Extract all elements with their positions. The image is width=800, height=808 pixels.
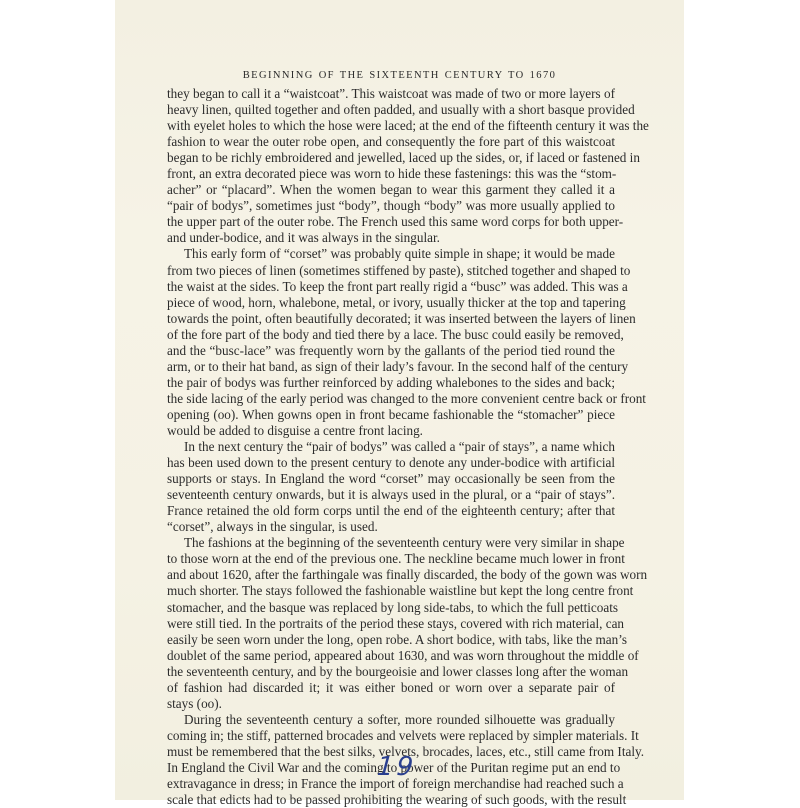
text-line: coming in; the stiff, patterned brocades… — [167, 728, 615, 744]
text-line: arm, or to their hat band, as sign of th… — [167, 359, 615, 375]
text-line: “pair of bodys”, sometimes just “body”, … — [167, 198, 615, 214]
text-line: heavy linen, quilted together and often … — [167, 102, 615, 118]
text-line: During the seventeenth century a softer,… — [167, 712, 615, 728]
text-line: and the “busc-lace” was frequently worn … — [167, 343, 615, 359]
body-text: they began to call it a “waistcoat”. Thi… — [167, 86, 615, 800]
text-line: seventeenth century onwards, but it is a… — [167, 487, 615, 503]
text-line: opening (oo). When gowns open in front b… — [167, 407, 615, 423]
text-line: would be added to disguise a centre fron… — [167, 423, 615, 439]
text-line: of fashion had discarded it; it was eith… — [167, 680, 615, 696]
paragraph-1: they began to call it a “waistcoat”. Thi… — [167, 86, 615, 246]
text-line: The fashions at the beginning of the sev… — [167, 535, 615, 551]
text-line: In the next century the “pair of bodys” … — [167, 439, 615, 455]
text-line: and about 1620, after the farthingale wa… — [167, 567, 615, 583]
running-head: BEGINNING OF THE SIXTEENTH CENTURY TO 16… — [115, 70, 684, 81]
paragraph-2: This early form of “corset” was probably… — [167, 246, 615, 439]
paragraph-4: The fashions at the beginning of the sev… — [167, 535, 615, 712]
text-line: This early form of “corset” was probably… — [167, 246, 615, 262]
text-line: front, an extra decorated piece was worn… — [167, 166, 615, 182]
handwritten-page-number: 19 — [376, 752, 417, 782]
text-line: the upper part of the outer robe. The Fr… — [167, 214, 615, 230]
text-line: the pair of bodys was further reinforced… — [167, 375, 615, 391]
text-line: fashion to wear the outer robe open, and… — [167, 134, 615, 150]
text-line: much shorter. The stays followed the fas… — [167, 583, 615, 599]
text-line: stays (oo). — [167, 696, 615, 712]
text-line: supports or stays. In England the word “… — [167, 471, 615, 487]
text-line: they began to call it a “waistcoat”. Thi… — [167, 86, 615, 102]
paragraph-3: In the next century the “pair of bodys” … — [167, 439, 615, 535]
text-line: scale that edicts had to be passed prohi… — [167, 792, 615, 800]
text-line: to those worn at the end of the previous… — [167, 551, 615, 567]
text-line: with eyelet holes to which the hose were… — [167, 118, 615, 134]
text-line: towards the point, often beautifully dec… — [167, 311, 615, 327]
text-line: and under-bodice, and it was always in t… — [167, 230, 615, 246]
text-line: were still tied. In the portraits of the… — [167, 616, 615, 632]
text-line: has been used down to the present centur… — [167, 455, 615, 471]
text-line: the side lacing of the early period was … — [167, 391, 615, 407]
text-line: began to be richly embroidered and jewel… — [167, 150, 615, 166]
text-line: the seventeenth century, and by the bour… — [167, 664, 615, 680]
text-line: of the fore part of the body and tied th… — [167, 327, 615, 343]
text-line: doublet of the same period, appeared abo… — [167, 648, 615, 664]
text-line: stomacher, and the basque was replaced b… — [167, 600, 615, 616]
text-line: from two pieces of linen (sometimes stif… — [167, 263, 615, 279]
document-page: BEGINNING OF THE SIXTEENTH CENTURY TO 16… — [115, 0, 684, 800]
text-line: piece of wood, horn, whalebone, metal, o… — [167, 295, 615, 311]
text-line: acher” or “placard”. When the women bega… — [167, 182, 615, 198]
text-line: easily be seen worn under the long, open… — [167, 632, 615, 648]
text-line: France retained the old form corps until… — [167, 503, 615, 519]
text-line: the waist at the sides. To keep the fron… — [167, 279, 615, 295]
text-line: “corset”, always in the singular, is use… — [167, 519, 615, 535]
